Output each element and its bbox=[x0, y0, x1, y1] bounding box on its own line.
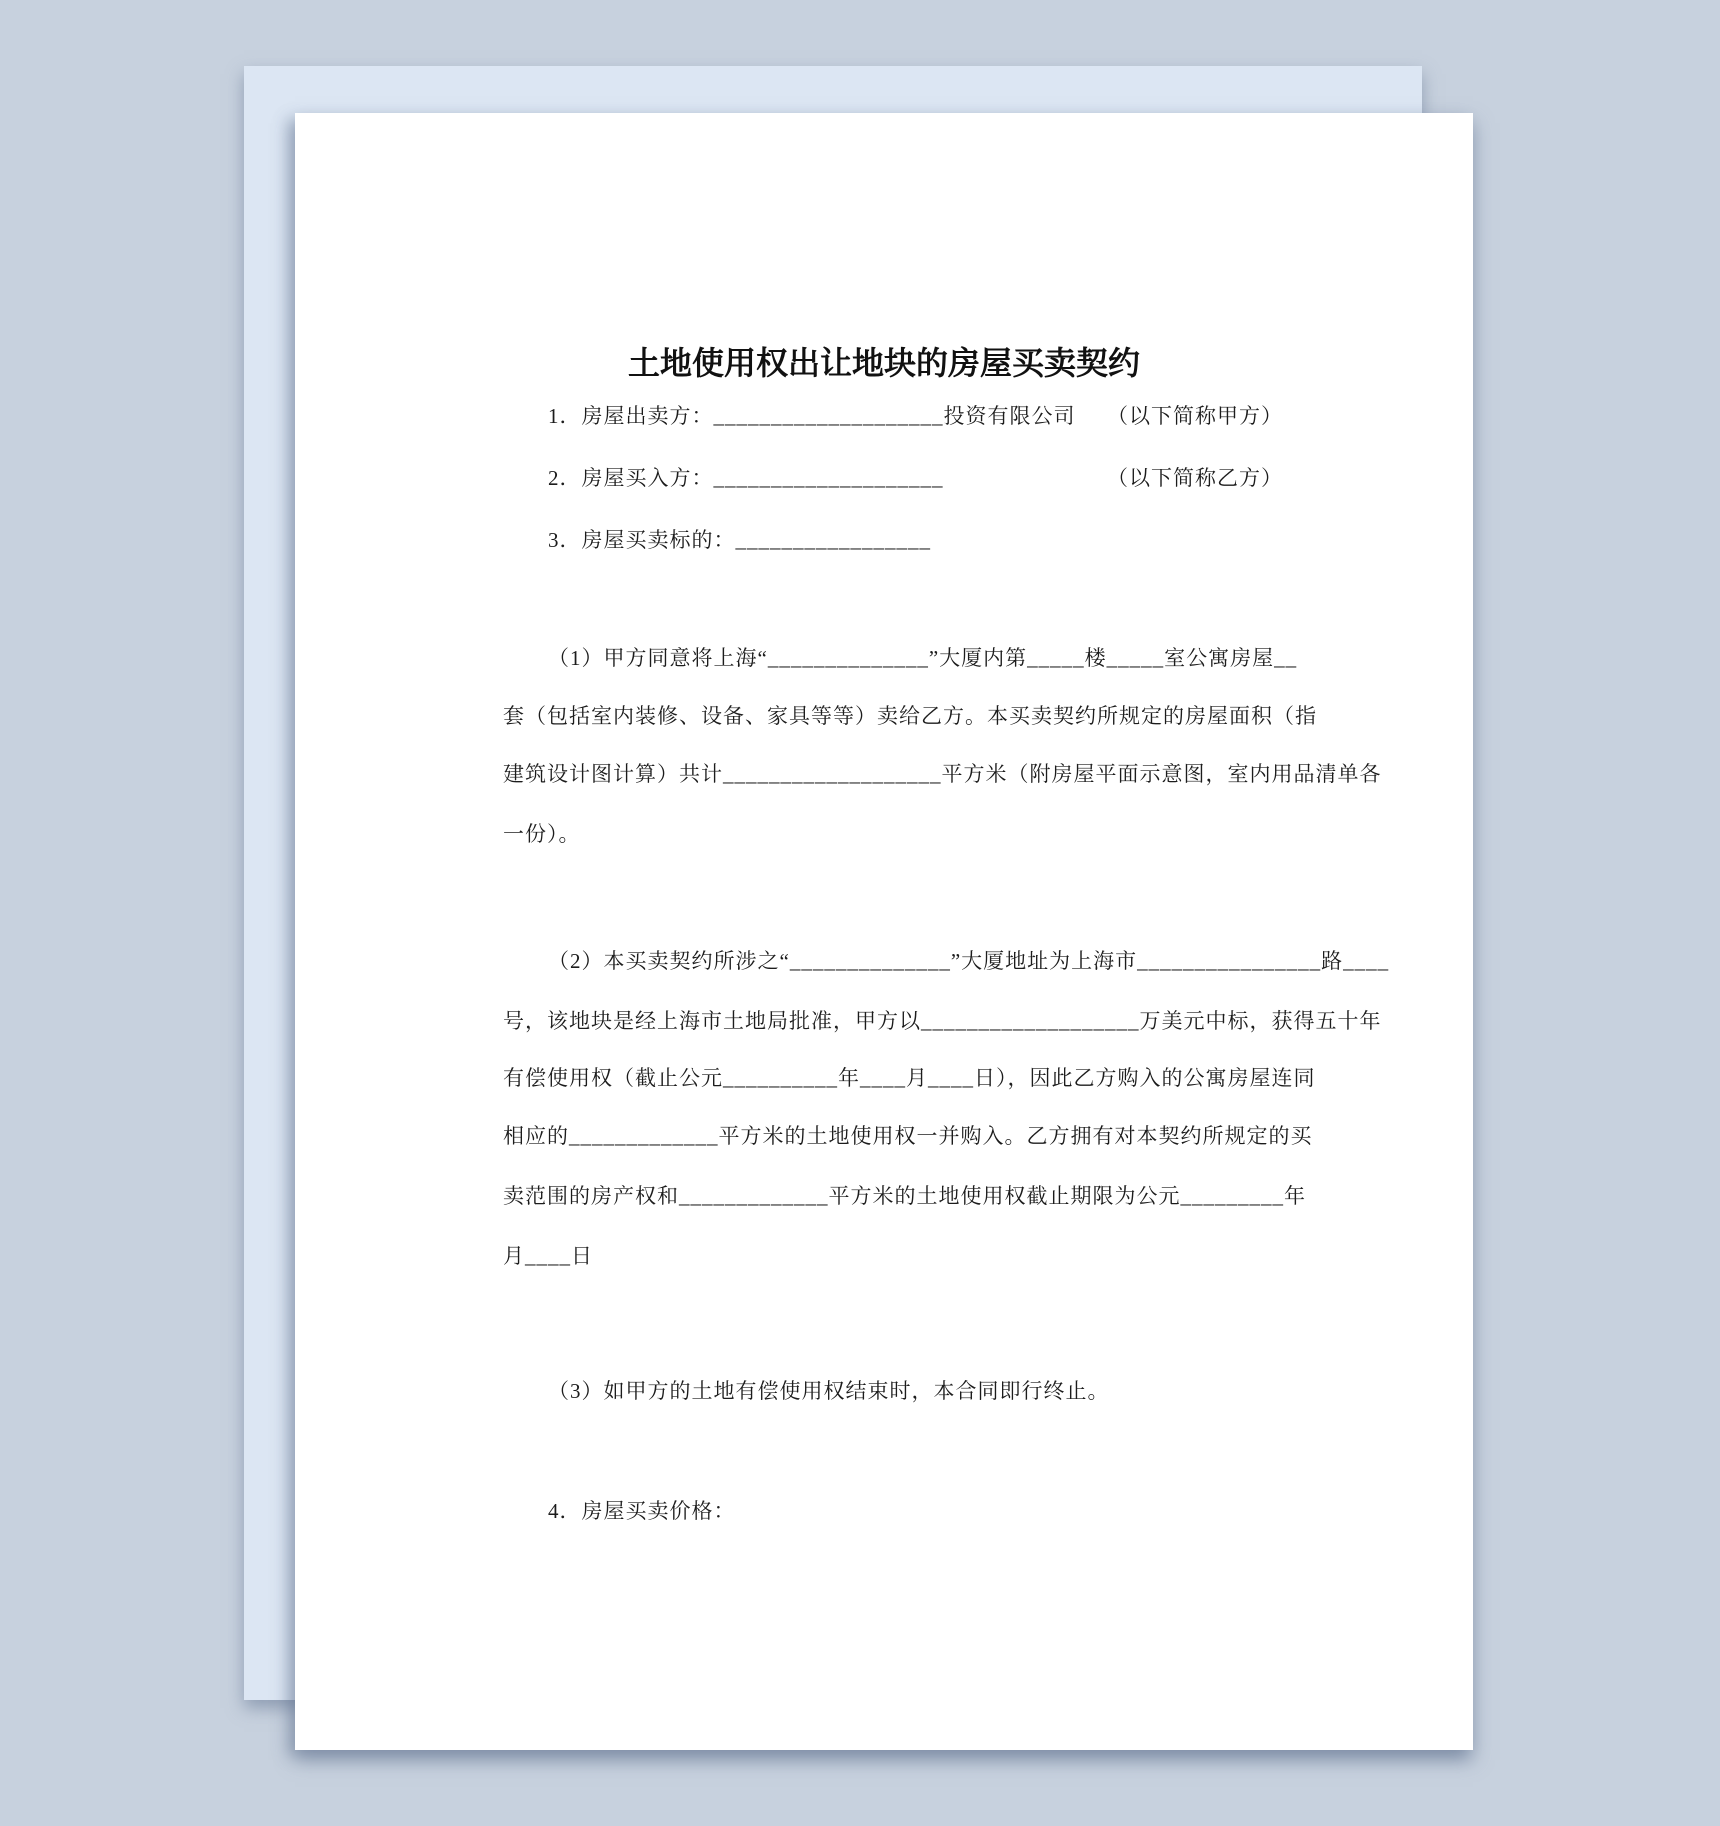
line-subject: 3．房屋买卖标的：_________________ bbox=[548, 524, 931, 554]
line-buyer-party-b-note: （以下简称乙方） bbox=[1107, 462, 1283, 492]
para-2-line-2: 号，该地块是经上海市土地局批准，甲方以___________________万美… bbox=[503, 1005, 1382, 1035]
para-1-line-4: 一份）。 bbox=[503, 818, 581, 848]
contract-title: 土地使用权出让地块的房屋买卖契约 bbox=[295, 338, 1473, 384]
para-2-line-1: （2）本买卖契约所涉之“______________”大厦地址为上海市_____… bbox=[548, 945, 1389, 975]
para-2-line-4: 相应的_____________平方米的土地使用权一并购入。乙方拥有对本契约所规… bbox=[503, 1120, 1313, 1150]
desktop-background: { "colors": { "canvas": "#c7d1de", "back… bbox=[0, 0, 1720, 1826]
line-seller: 1．房屋出卖方：____________________投资有限公司 （以下简称… bbox=[548, 400, 1076, 430]
para-2-line-3: 有偿使用权（截止公元__________年____月____日），因此乙方购入的… bbox=[503, 1062, 1316, 1092]
para-1-line-3: 建筑设计图计算）共计___________________平方米（附房屋平面示意… bbox=[503, 758, 1382, 788]
para-1-line-2: 套（包括室内装修、设备、家具等等）卖给乙方。本买卖契约所规定的房屋面积（指 bbox=[503, 700, 1317, 730]
para-2-line-6: 月____日 bbox=[503, 1240, 593, 1270]
para-3-line-1: （3）如甲方的土地有偿使用权结束时，本合同即行终止。 bbox=[548, 1375, 1110, 1405]
contract-page: 土地使用权出让地块的房屋买卖契约 1．房屋出卖方：_______________… bbox=[295, 113, 1473, 1750]
line-buyer: 2．房屋买入方：____________________ （以下简称乙方） bbox=[548, 462, 944, 492]
line-seller-text: 1．房屋出卖方：____________________投资有限公司 bbox=[548, 404, 1076, 428]
line-buyer-text: 2．房屋买入方：____________________ bbox=[548, 466, 944, 490]
line-price: 4．房屋买卖价格： bbox=[548, 1495, 736, 1525]
para-1-line-1: （1）甲方同意将上海“______________”大厦内第_____楼____… bbox=[548, 642, 1297, 672]
para-2-line-5: 卖范围的房产权和_____________平方米的土地使用权截止期限为公元___… bbox=[503, 1180, 1306, 1210]
line-seller-party-a-note: （以下简称甲方） bbox=[1107, 400, 1283, 430]
